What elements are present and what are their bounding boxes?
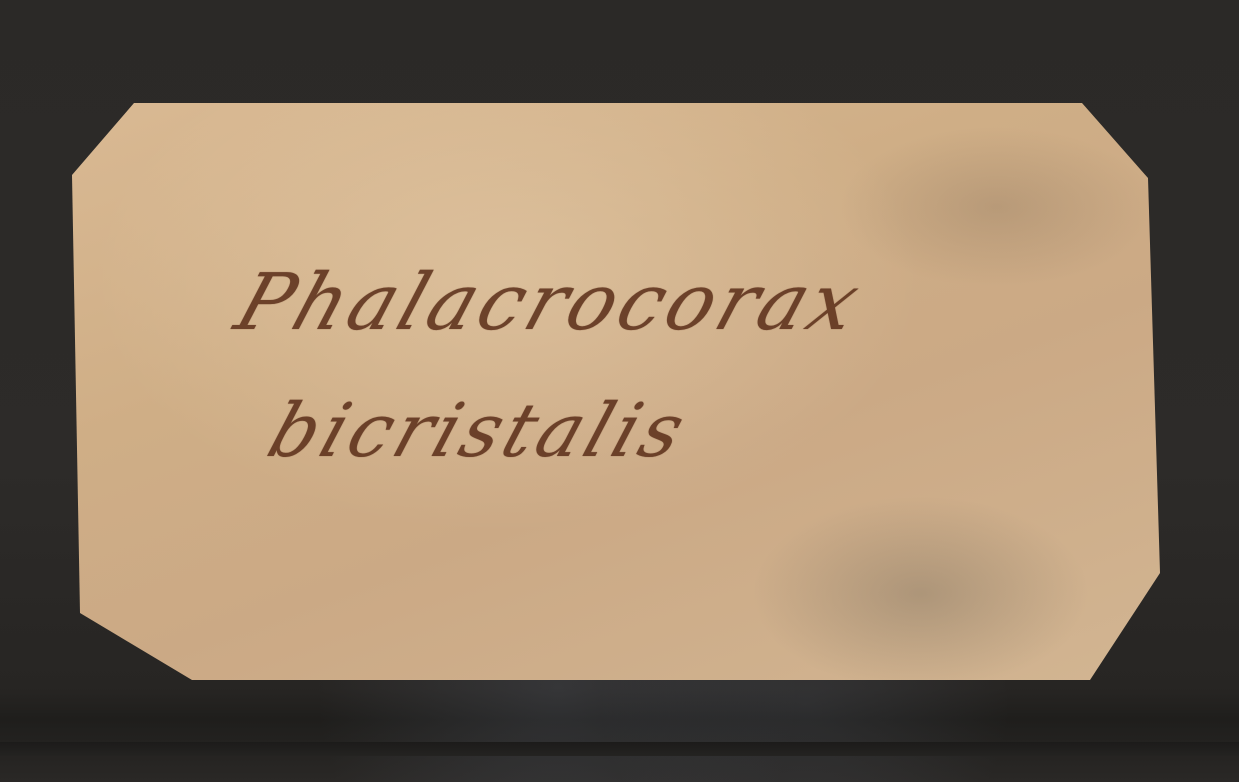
genus-handwriting: Phalacrocorax: [225, 258, 873, 348]
species-handwriting: bicristalis: [258, 388, 699, 474]
board-groove: [0, 742, 1239, 756]
